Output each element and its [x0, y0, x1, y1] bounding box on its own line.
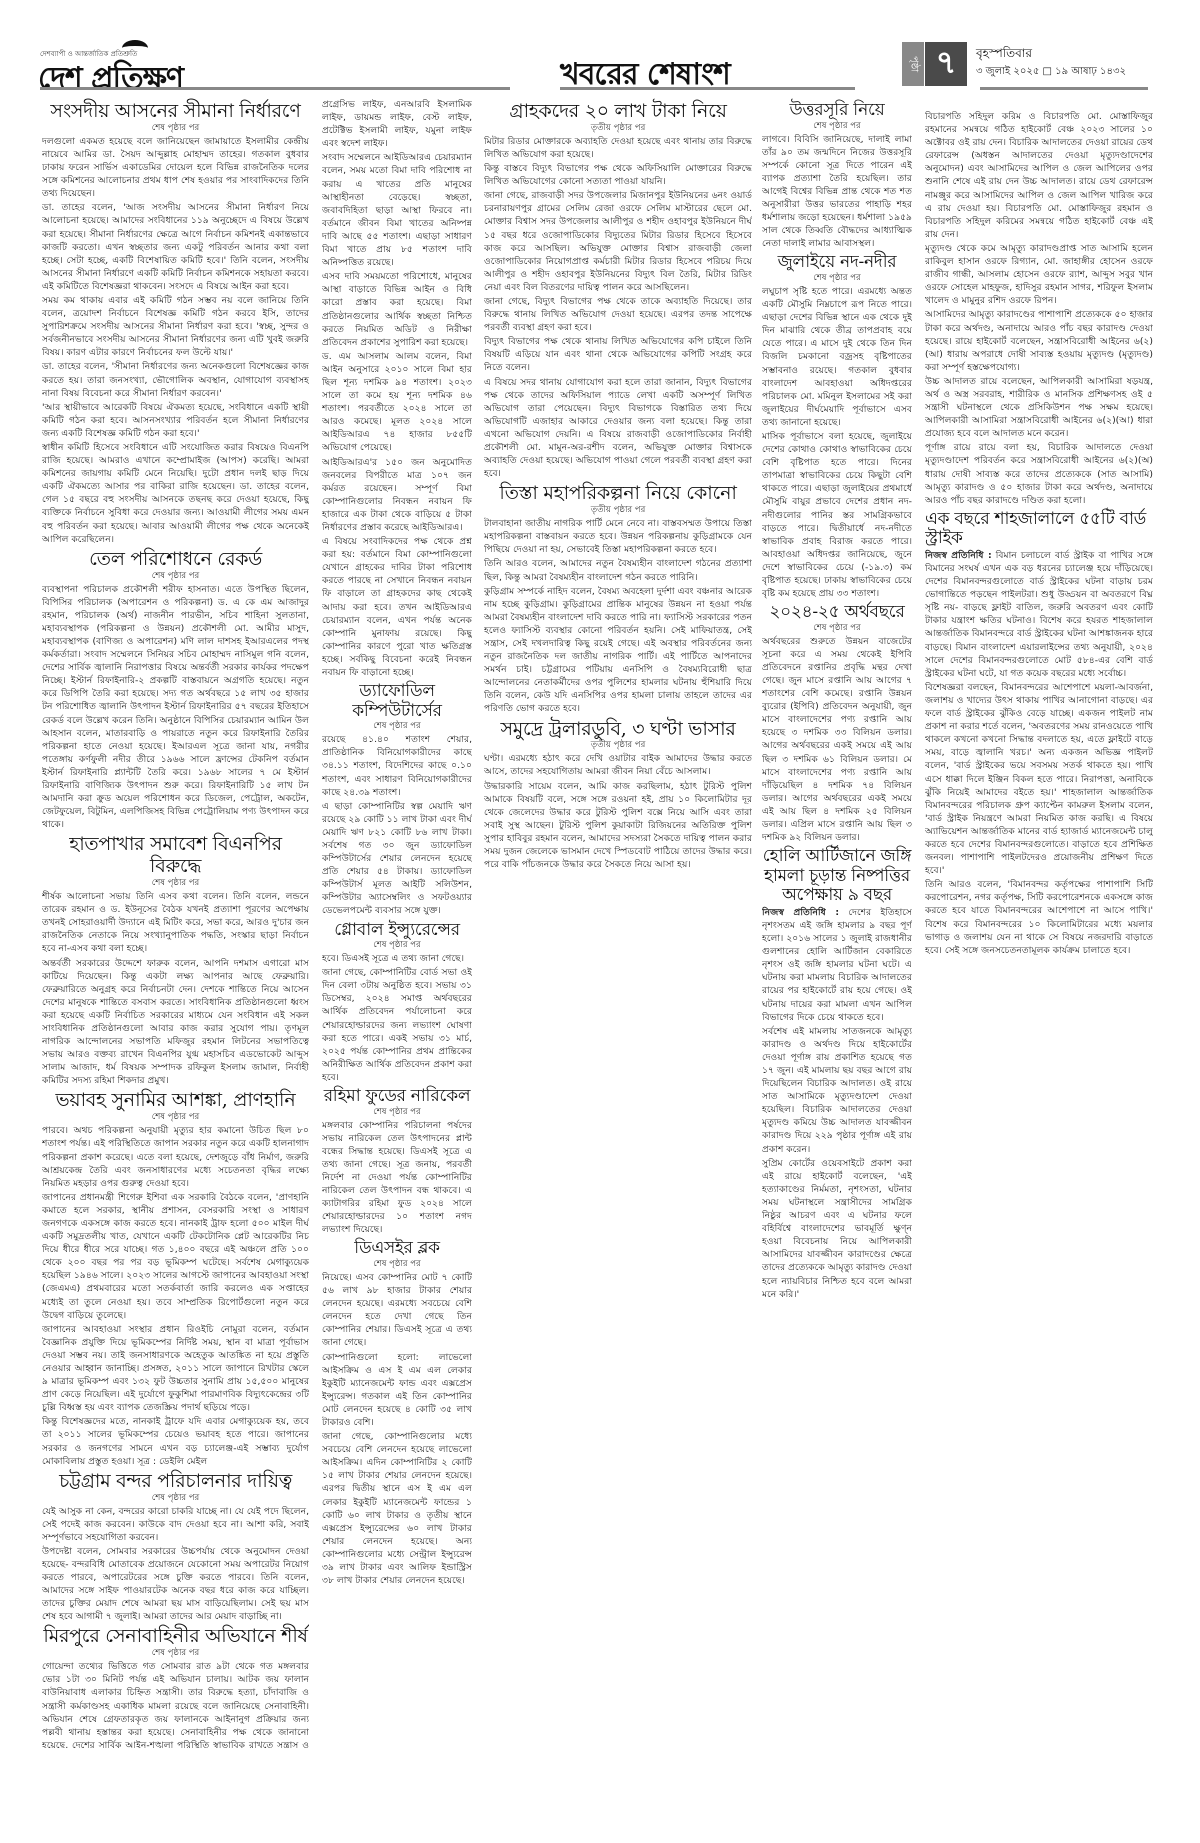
paragraph: রয়েছে ৪১.৪০ শতাংশ শেয়ার, প্রাতিষ্ঠানিক…	[322, 733, 472, 798]
column-narrow: প্রগ্রেসিভ লাইফ, এনআরবি ইসলামিক লাইফ, ডা…	[322, 98, 472, 1838]
paragraph: মৃত্যুদণ্ড থেকে কমে আমৃত্যু কারাদণ্ডপ্রা…	[925, 242, 1153, 307]
paragraph: পারবে। অথচ পরিকল্পনা অনুযায়ী মৃত্যুর হা…	[42, 1124, 309, 1189]
paragraph: কুড়িগ্রাম সম্পর্কে নাহিদ বলেন, বৈষম্য অ…	[484, 585, 752, 716]
paragraph: হবে। ডিএসই সূত্রে এ তথ্য জানা গেছে।	[322, 952, 472, 965]
continued-label: তৃতীয় পৃষ্ঠার পর	[484, 740, 752, 751]
paragraph: জাপানের প্রধানমন্ত্রী শিগেরু ইশিবা এক সর…	[42, 1191, 309, 1322]
paragraph: ডা. তাহের বলেন, 'আজ সংসদীয় আসনের সীমানা…	[42, 201, 309, 293]
article-ctg-port: চট্টগ্রাম বন্দর পরিচালনার দায়িত্ব শেষ প…	[42, 1471, 309, 1624]
continued-label: শেষ পৃষ্ঠার পর	[762, 273, 912, 284]
byline: নিজস্ব প্রতিনিধি :	[925, 550, 992, 561]
headline[interactable]: চট্টগ্রাম বন্দর পরিচালনার দায়িত্ব	[42, 1471, 309, 1493]
paragraph: ডা. তাহের বলেন, 'সীমানা নির্ধারণের জন্য …	[42, 360, 309, 399]
paragraph: জানা গেছে, কোম্পানিটির বোর্ড সভা ওই দিন …	[322, 966, 472, 1084]
article-successor: উত্তরসূরি নিয়ে শেষ পৃষ্ঠার পর লাগবে। বি…	[762, 101, 912, 250]
article-teesta: তিস্তা মহাপরিকল্পনা নিয়ে কোনো তৃতীয় পৃ…	[484, 483, 752, 715]
paragraph: সময় কম থাকায় এবার এই কমিটি গঠন সম্ভব ন…	[42, 294, 309, 359]
paragraph-text: দেশের ইতিহাসে নৃশংসতম এই জঙ্গি হামলার ৯ …	[762, 907, 912, 1023]
headline[interactable]: সমুদ্রে ট্রলারডুবি, ৩ ঘণ্টা ভাসার	[484, 719, 752, 741]
paragraph: পূর্ণাঙ্গ রায়ে রায়ে বলা হয়, বিচারিক আ…	[925, 441, 1153, 506]
header-rule	[980, 87, 1148, 90]
continued-label: শেষ পৃষ্ঠার পর	[42, 878, 309, 889]
continued-label: শেষ পৃষ্ঠার পর	[762, 623, 912, 634]
paragraph: উদ্ধারকারি সায়েম বলেন, আমি কাজ করছিলাম,…	[484, 780, 752, 872]
paragraph: 'আর স্থায়ীভাবে আরেকটি বিষয়ে ঐকমত্য হয়…	[42, 401, 309, 440]
headline[interactable]: হোলি আর্টিজানে জঙ্গি হামলা চূড়ান্ত নিষ্…	[762, 847, 912, 906]
paragraph: কিন্তু বিশেষজ্ঞদের মতে, নানকাই ট্রাফে যদ…	[42, 1415, 309, 1467]
paragraph: এসব দাবি সময়মতো পরিশোধে, মানুষের আস্থা …	[322, 270, 472, 349]
column-right-wide: বিচারপতি সহিদুল করিম ও বিচারপতি মো. মোস্…	[925, 110, 1153, 1840]
paragraph: জানা গেছে, রাজবাড়ী সদর উপজেলার মিজানপুর…	[484, 189, 752, 294]
column-left: সংসদীয় আসনের সীমানা নির্ধারণে শেষ পৃষ্ঠ…	[42, 98, 309, 1748]
headline[interactable]: ২০২৪-২৫ অর্থবছরে	[762, 603, 912, 623]
paragraph: দলগুলো একমত হয়েছে বলে জানিয়েছেন জামায়…	[42, 135, 309, 200]
paragraph: মঙ্গলবার কোম্পানির পরিচালনা পর্ষদের সভায…	[322, 1119, 472, 1237]
article-rahima-food: রহিমা ফুডের নারিকেল শেষ পৃষ্ঠার পর মঙ্গল…	[322, 1087, 472, 1236]
paragraph: ব্যবস্থাপনা পরিচালক প্রকৌশলী শরীফ হাসনাত…	[42, 583, 309, 832]
paragraph: টালবাহানা জাতীয় নাগরিক পার্টি মেনে নেবে…	[484, 517, 752, 556]
headline[interactable]: গ্রাহকদের ২০ লাখ টাকা নিয়ে	[484, 101, 752, 123]
article-seat-boundary: সংসদীয় আসনের সীমানা নির্ধারণে শেষ পৃষ্ঠ…	[42, 101, 309, 546]
headline[interactable]: জুলাইয়ে নদ-নদীর	[762, 253, 912, 273]
issue-day: বৃহস্পতিবার	[976, 45, 1032, 65]
article-oil-refining: তেল পরিশোধনে রেকর্ড শেষ পৃষ্ঠার পর ব্যবস…	[42, 549, 309, 832]
headline[interactable]: ভয়াবহ সুনামির আশঙ্কা, প্রাণহানি	[42, 1090, 309, 1112]
column-right-narrow: উত্তরসূরি নিয়ে শেষ পৃষ্ঠার পর লাগবে। বি…	[762, 98, 912, 1838]
headline[interactable]: এক বছরে শাহজালালে ৫৫টি বার্ড স্ট্রাইক	[925, 510, 1153, 549]
paragraph: এ বিষয়ে সদর থানায় যোগাযোগ করা হলে তারা…	[484, 376, 752, 481]
article-fy2024-25: ২০২৪-২৫ অর্থবছরে শেষ পৃষ্ঠার পর অর্থবছরে…	[762, 603, 912, 844]
article-global-insurance: গ্লোবাল ইন্স্যুরেন্সের শেষ পৃষ্ঠার পর হব…	[322, 921, 472, 1084]
continued-label: শেষ পৃষ্ঠার পর	[322, 1259, 472, 1270]
paragraph: লঘুচাপ সৃষ্টি হতে পারে। এরমধ্যে অন্তত এক…	[762, 285, 912, 429]
paragraph: নিজস্ব প্রতিনিধি : দেশের ইতিহাসে নৃশংসতম…	[762, 906, 912, 1024]
article-customers-20lakh: গ্রাহকদের ২০ লাখ টাকা নিয়ে তৃতীয় পৃষ্ঠ…	[484, 101, 752, 480]
paragraph: সুপ্রিম কোর্টের ওয়েবসাইটে প্রকাশ করা এই…	[762, 1157, 912, 1301]
article-hand-fan-rally: হাতপাখার সমাবেশ বিএনপির বিরুদ্ধে শেষ পৃষ…	[42, 834, 309, 1087]
continued-label: শেষ পৃষ্ঠার পর	[42, 1112, 309, 1123]
header-rule	[560, 87, 855, 90]
continued-label: তৃতীয় পৃষ্ঠার পর	[484, 505, 752, 516]
article-trawler: সমুদ্রে ট্রলারডুবি, ৩ ঘণ্টা ভাসার তৃতীয়…	[484, 719, 752, 872]
headline[interactable]: ডিএসইর ব্লক	[322, 1239, 472, 1259]
page-number: ৭	[925, 42, 967, 86]
article-rivers-july: জুলাইয়ে নদ-নদীর শেষ পৃষ্ঠার পর লঘুচাপ স…	[762, 253, 912, 600]
headline[interactable]: হাতপাখার সমাবেশ বিএনপির বিরুদ্ধে	[42, 834, 309, 878]
paragraph: জানা গেছে, কোম্পানিগুলোর মধ্যে সবচেয়ে ব…	[322, 1430, 472, 1587]
headline[interactable]: গ্লোবাল ইন্স্যুরেন্সের	[322, 921, 472, 941]
continued-label: শেষ পৃষ্ঠার পর	[322, 940, 472, 951]
paragraph: গোয়েন্দা তথ্যের ভিত্তিতে গত সোমবার রাত …	[42, 1660, 309, 1748]
paragraph: নিজস্ব প্রতিনিধি : বিমান চলাচলে বার্ড স্…	[925, 549, 1153, 680]
paragraph: এ বিষয়ে সংবাদিকদের পক্ষ থেকে প্রশ্ন করা…	[322, 535, 472, 679]
article-bird-strike: এক বছরে শাহজালালে ৫৫টি বার্ড স্ট্রাইক নি…	[925, 510, 1153, 957]
paragraph: কোম্পানিগুলো হলো: লাভেলো আইসক্রিম ও এস ই…	[322, 1351, 472, 1430]
column-center: গ্রাহকদের ২০ লাখ টাকা নিয়ে তৃতীয় পৃষ্ঠ…	[484, 98, 752, 1838]
paragraph: ড. এম আসলাম আলম বলেন, বিমা আইন অনুসারে ২…	[322, 350, 472, 455]
headline[interactable]: তিস্তা মহাপরিকল্পনা নিয়ে কোনো	[484, 483, 752, 505]
paragraph: উচ্চ আদালত রায়ে বলেছেন, আপিলকারী আসামির…	[925, 375, 1153, 440]
paragraph: জাপানের আবহাওয়া সংস্থার প্রধান রিওইচি ন…	[42, 1323, 309, 1415]
continued-label: শেষ পৃষ্ঠার পর	[322, 1107, 472, 1118]
headline[interactable]: রহিমা ফুডের নারিকেল	[322, 1087, 472, 1107]
section-title: খবরের শেষাংশ	[560, 50, 730, 101]
paragraph: যেই আসুক না কেন, বন্দরের কারো চাকরি যাচ্…	[42, 1505, 309, 1544]
article-holey-artisan: হোলি আর্টিজানে জঙ্গি হামলা চূড়ান্ত নিষ্…	[762, 847, 912, 1300]
paragraph: উপদেষ্টা বলেন, সোমবার সরকারের উচ্চপর্যায…	[42, 1545, 309, 1624]
paragraph: এ ছাড়া কোম্পানিটির স্বল্প মেয়াদি ঋণ রয…	[322, 800, 472, 918]
byline: নিজস্ব প্রতিনিধি :	[762, 907, 839, 918]
continued-label: শেষ পৃষ্ঠার পর	[42, 1493, 309, 1504]
page-label: পৃষ্ঠা	[902, 42, 924, 86]
paragraph: তিনি আরও বলেন, আমাদের নতুন বৈষম্যহীন বাং…	[484, 557, 752, 583]
headline[interactable]: মিরপুরে সেনাবাহিনীর অভিযানে শীর্ষ	[42, 1626, 309, 1648]
article-mirpur-army: মিরপুরে সেনাবাহিনীর অভিযানে শীর্ষ শেষ পৃ…	[42, 1626, 309, 1748]
paragraph: বিচারপতি সহিদুল করিম ও বিচারপতি মো. মোস্…	[925, 110, 1153, 241]
headline[interactable]: সংসদীয় আসনের সীমানা নির্ধারণে	[42, 101, 309, 123]
paragraph: সংবাদ সম্মেলনে আইডিআরএ চেয়ারম্যান বলেন,…	[322, 151, 472, 269]
continued-label: শেষ পৃষ্ঠার পর	[42, 1648, 309, 1659]
paragraph: কিন্তু বাস্তবে বিদ্যুৎ বিভাগের পক্ষ থেকে…	[484, 162, 752, 188]
paragraph: স্বাধীন কমিটি হিসেবে সংবিধানে এটি সংযোজি…	[42, 441, 309, 546]
article-tsunami: ভয়াবহ সুনামির আশঙ্কা, প্রাণহানি শেষ পৃষ…	[42, 1090, 309, 1467]
paragraph: শীর্ষক আলোচনা সভায় তিনি এসব কথা বলেন। ত…	[42, 890, 309, 955]
paragraph: আসামিদের আমৃত্যু কারাদণ্ডের পাশাপাশি প্র…	[925, 308, 1153, 373]
paragraph: তিনি আরও বলেন, 'বিমানবন্দর কর্তৃপক্ষের প…	[925, 878, 1153, 957]
paragraph: মিটার রিডার মোক্তারকে অব্যাহতি দেওয়া হয…	[484, 135, 752, 161]
paragraph: নিয়েছে। এসব কোম্পানির মোট ৭ কোটি ৫৬ লাখ…	[322, 1271, 472, 1350]
header-rule	[40, 87, 510, 90]
paragraph: প্রগ্রেসিভ লাইফ, এনআরবি ইসলামিক লাইফ, ডা…	[322, 98, 472, 150]
headline[interactable]: ড্যাফোডিল কম্পিউটার্সের	[322, 682, 472, 721]
paragraph: মাসিক পূর্বাভাসে বলা হয়েছে, জুলাইয়ে দে…	[762, 430, 912, 600]
paragraph: বিশেষজ্ঞরা বলছেন, বিমানবন্দরের আশেপাশে ম…	[925, 681, 1153, 877]
article-daffodil: ড্যাফোডিল কম্পিউটার্সের শেষ পৃষ্ঠার পর র…	[322, 682, 472, 917]
paragraph: সর্বশেষ এই মামলায় সাতজনকে আমৃত্যু কারাদ…	[762, 1025, 912, 1156]
paragraph-text: বিমান চলাচলে বার্ড স্ট্রাইক বা পাখির সঙ্…	[925, 550, 1153, 679]
continued-label: শেষ পৃষ্ঠার পর	[762, 121, 912, 132]
continued-label: শেষ পৃষ্ঠার পর	[322, 721, 472, 732]
paragraph: বিদ্যুৎ বিভাগের পক্ষ থেকে থানায় লিখিত অ…	[484, 335, 752, 374]
continued-label: তৃতীয় পৃষ্ঠার পর	[484, 123, 752, 134]
article-dse-block: ডিএসইর ব্লক শেষ পৃষ্ঠার পর নিয়েছে। এসব …	[322, 1239, 472, 1587]
continued-label: শেষ পৃষ্ঠার পর	[42, 123, 309, 134]
headline[interactable]: উত্তরসূরি নিয়ে	[762, 101, 912, 121]
paragraph: জানা গেছে, বিদ্যুৎ বিভাগের পক্ষ থেকে তাক…	[484, 295, 752, 334]
paragraph: অর্থবছরের শুরুতে উন্নয়ন বাজেটের সূচনা ক…	[762, 635, 912, 845]
paragraph: আইডিআরএ'র ১৫০ জন অনুমোদিত জনবলের বিপরীতে…	[322, 456, 472, 535]
issue-date: ৩ জুলাই ২০২৫ □ ১৯ আষাঢ় ১৪৩২	[976, 64, 1126, 81]
article-judges: বিচারপতি সহিদুল করিম ও বিচারপতি মো. মোস্…	[925, 110, 1153, 507]
paragraph: ঘণ্টা। এরমধ্যে হঠাৎ করে দেখি ওয়াটার বাই…	[484, 752, 752, 778]
masthead: দেশব্যাপী ও আন্তর্জাতিক প্রতিশ্রুতি দেশ …	[40, 48, 1155, 88]
paragraph: অন্তর্বর্তী সরকারের উদ্দেশে ফারুক বলেন, …	[42, 957, 309, 1088]
headline[interactable]: তেল পরিশোধনে রেকর্ড	[42, 549, 309, 571]
paragraph: লাগবে। বিবিসি জানিয়েছে, দালাই লামা তাঁর…	[762, 133, 912, 251]
continued-label: শেষ পৃষ্ঠার পর	[42, 571, 309, 582]
